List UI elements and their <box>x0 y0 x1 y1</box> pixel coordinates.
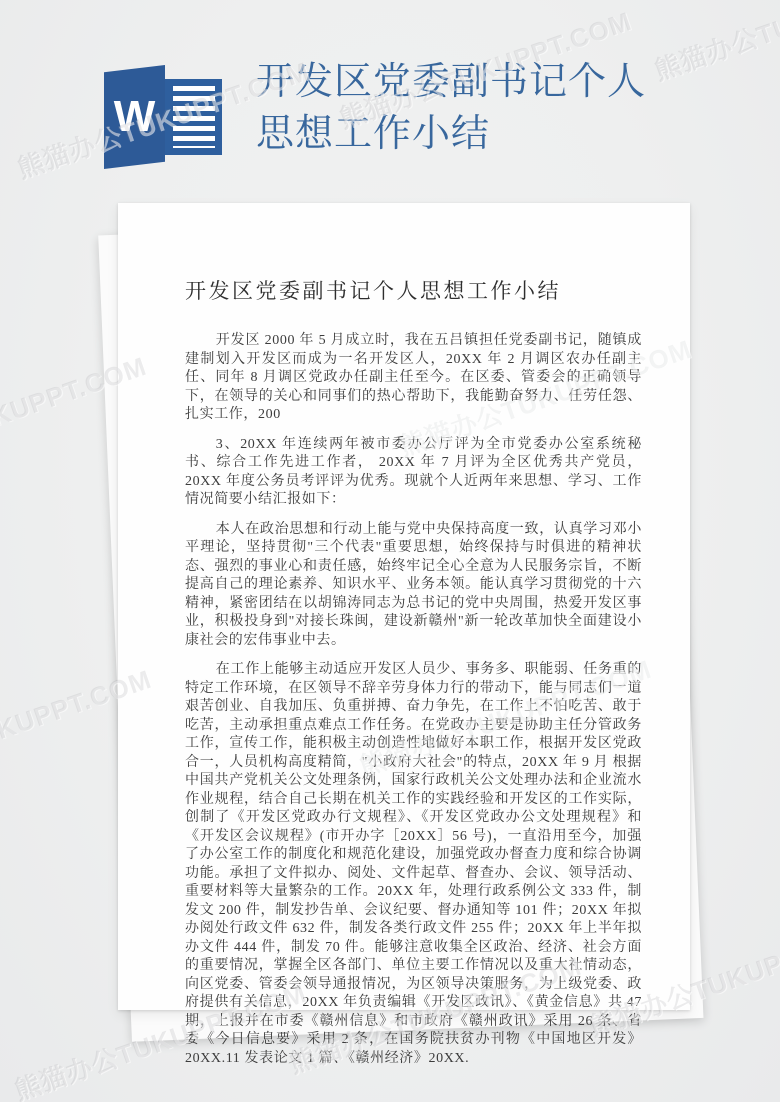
doc-paragraph: 本人在政治思想和行动上能与党中央保持高度一致，认真学习邓小平理论，坚持贯彻"三个… <box>185 521 642 651</box>
doc-paragraph: 开发区 2000 年 5 月成立时，我在五吕镇担任党委副书记，随镇成建制划入开发… <box>185 332 642 425</box>
word-icon-document-lines <box>164 79 222 155</box>
document-title: 开发区党委副书记个人思想工作小结 <box>185 275 642 305</box>
doc-paragraph: 3、20XX 年连续两年被市委办公厅评为全市党委办公室系统秘书、综合工作先进工作… <box>185 436 642 510</box>
document-page: 开发区党委副书记个人思想工作小结 开发区 2000 年 5 月成立时，我在五吕镇… <box>118 203 690 1010</box>
word-file-icon: W <box>104 58 224 170</box>
preview-header: W 开发区党委副书记个人思想工作小结 <box>0 0 780 200</box>
doc-paragraph: 在工作上能够主动适应开发区人员少、事务多、职能弱、任务重的特定工作环境，在区领导… <box>185 661 642 1068</box>
document-preview-canvas: W 开发区党委副书记个人思想工作小结 开发区党委副书记个人思想工作小结 开发区 … <box>0 0 780 1102</box>
document-content: 开发区党委副书记个人思想工作小结 开发区 2000 年 5 月成立时，我在五吕镇… <box>185 275 642 1079</box>
word-icon-flap: W <box>104 65 165 169</box>
preview-title: 开发区党委副书记个人思想工作小结 <box>256 56 672 160</box>
word-icon-letter: W <box>114 95 156 139</box>
